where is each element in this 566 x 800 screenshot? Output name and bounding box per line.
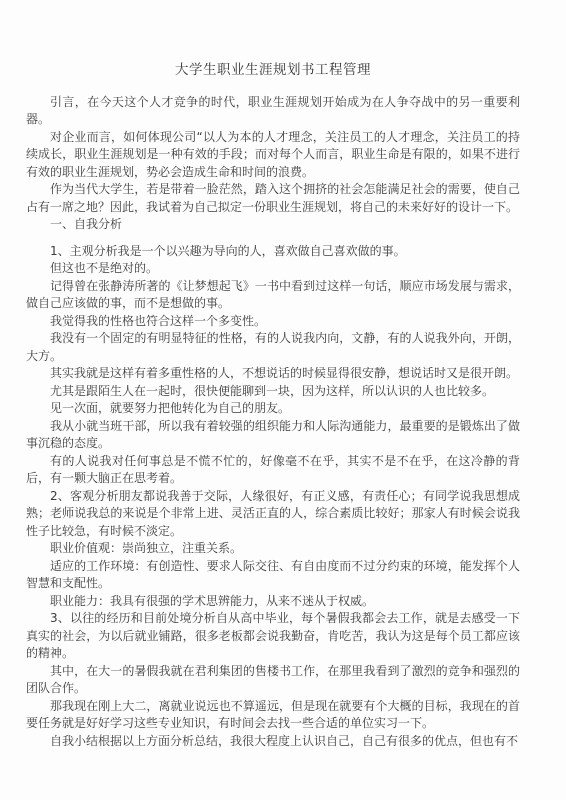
paragraph-career-ability: 职业能力：我具有很强的学术思辨能力，从来不迷从于权威。 (26, 593, 520, 611)
paragraph-intro: 引言，在今天这个人才竞争的时代，职业生涯规划开始成为在人争夺战中的另一重要利器。 (26, 94, 520, 129)
paragraph-experience-analysis: 3、以往的经历和目前处境分析自从高中毕业，每个暑假我都会去工作，就是去感受一下真… (26, 610, 520, 663)
paragraph: 其中，在大一的暑假我就在君利集团的售楼书工作，在那里我看到了激烈的竞争和强烈的团… (26, 663, 520, 698)
paragraph: 我从小就当班干部，所以我有着较强的组织能力和人际沟通能力，最重要的是锻炼出了做事… (26, 418, 520, 453)
paragraph: 我觉得我的性格也符合这样一个多变性。 (26, 313, 520, 331)
paragraph: 记得曾在张静涛所著的《让梦想起飞》一书中看到过这样一句话，顺应市场发展与需求，做… (26, 278, 520, 313)
paragraph-student: 作为当代大学生，若是带着一脸茫然，踏入这个拥挤的社会怎能满足社会的需要，使自己占… (26, 181, 520, 216)
document-title: 大学生职业生涯规划书工程管理 (26, 62, 520, 80)
document-page: 大学生职业生涯规划书工程管理 引言，在今天这个人才竞争的时代，职业生涯规划开始成… (0, 0, 566, 800)
paragraph-career-values: 职业价值观：崇尚独立，注重关系。 (26, 540, 520, 558)
paragraph: 但这也不是绝对的。 (26, 260, 520, 278)
paragraph: 我没有一个固定的有明显特征的性格，有的人说我内向，文静，有的人说我外向，开朗，大… (26, 330, 520, 365)
paragraph: 尤其是跟陌生人在一起时，很快便能聊到一块，因为这样，所以认识的人也比较多。 (26, 383, 520, 401)
paragraph: 其实我就是这样有着多重性格的人，不想说话的时候显得很安静，想说话时又是很开朗。 (26, 365, 520, 383)
paragraph-objective-analysis: 2、客观分析朋友都说我善于交际，人缘很好，有正义感，有责任心；有同学说我思想成熟… (26, 488, 520, 541)
paragraph: 有的人说我对任何事总是不慌不忙的，好像毫不在乎，其实不是不在乎，在这冷静的背后，… (26, 453, 520, 488)
paragraph-subjective-analysis: 1、主观分析我是一个以兴趣为导向的人，喜欢做自己喜欢做的事。 (26, 243, 520, 261)
section-heading-self-analysis: 一、自我分析 (26, 216, 520, 234)
paragraph-enterprise: 对企业而言，如何体现公司“以人为本的人才理念，关注员工的人才理念，关注员工的持续… (26, 129, 520, 182)
paragraph: 那我现在刚上大二，离就业说远也不算遥远，但是现在就要有个大概的目标，我现在的首要… (26, 698, 520, 733)
paragraph-self-summary: 自我小结根据以上方面分析总结，我很大程度上认识自己，自己有很多的优点，但也有不 (26, 733, 520, 751)
paragraph: 见一次面，就要努力把他转化为自己的朋友。 (26, 400, 520, 418)
paragraph-work-environment: 适应的工作环境：有创造性、要求人际交往、有自由度而不过分约束的环境，能发挥个人智… (26, 558, 520, 593)
